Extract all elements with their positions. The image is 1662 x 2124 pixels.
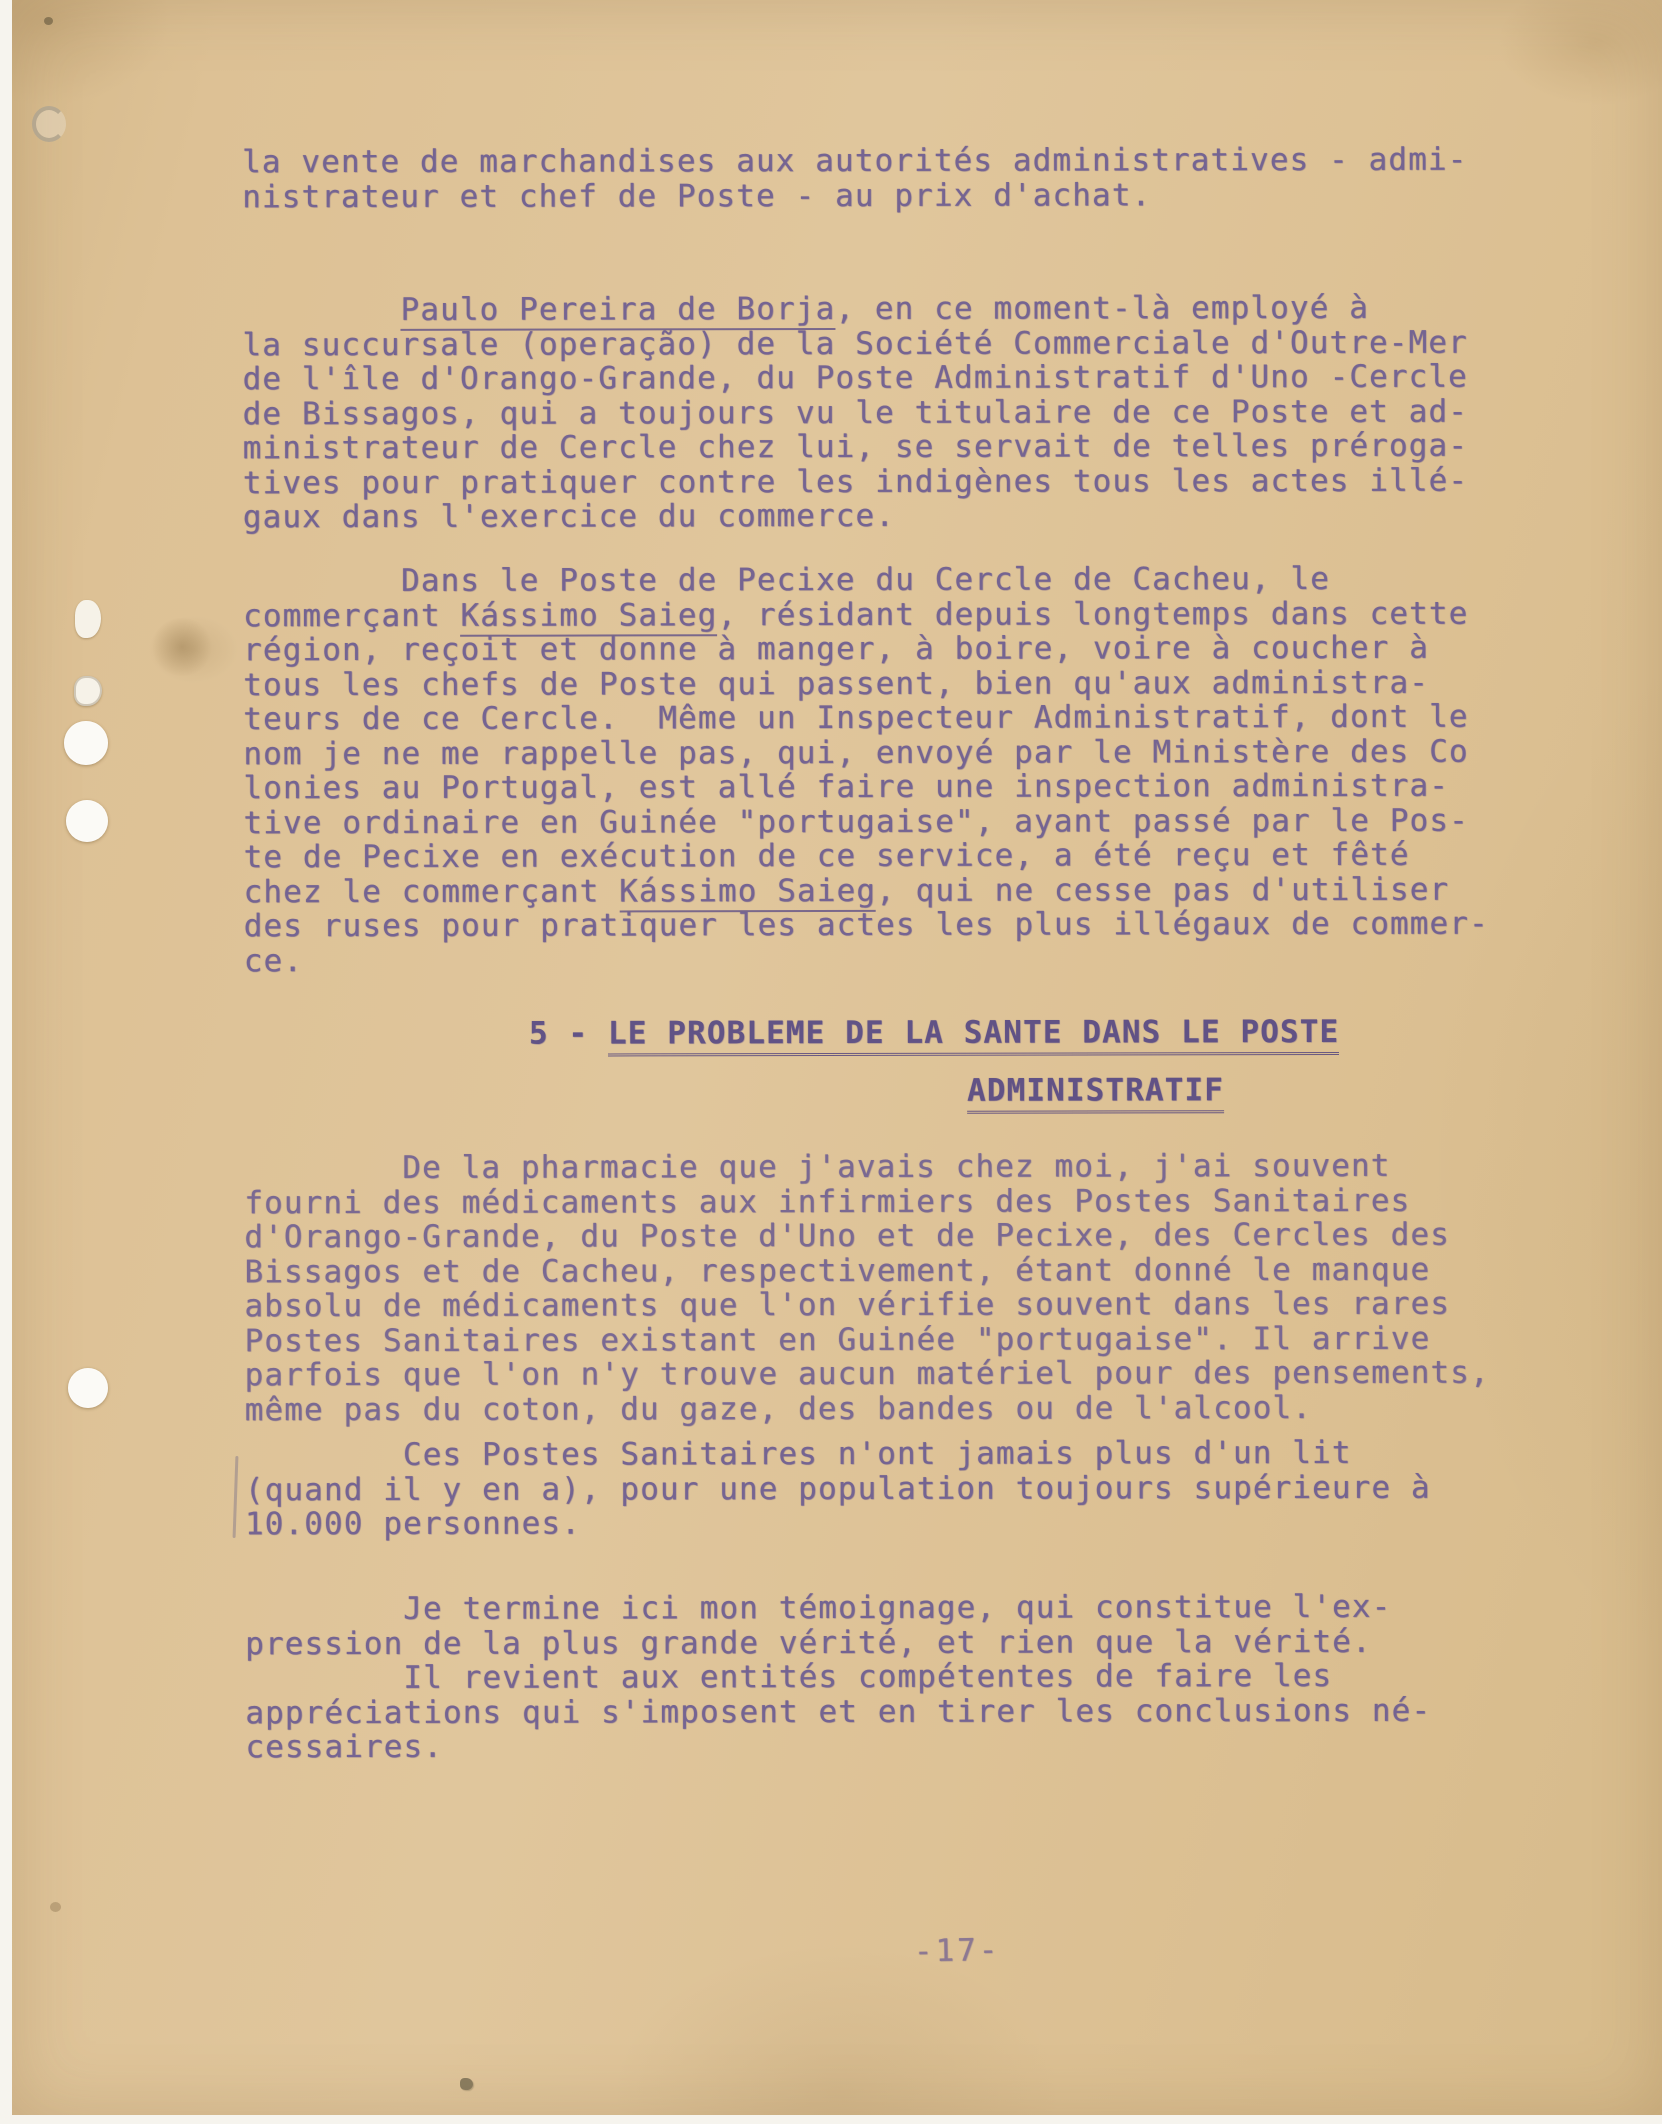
- page-number: -17-: [914, 1933, 1001, 1969]
- scanned-document: la vente de marchandises aux autorités a…: [0, 0, 1662, 2124]
- paper-sheet: la vente de marchandises aux autorités a…: [12, 0, 1662, 2115]
- section-heading-line-1: 5 - LE PROBLEME DE LA SANTE DANS LE POST…: [529, 1015, 1339, 1051]
- paragraph-conclusion: Je termine ici mon témoignage, qui const…: [245, 1590, 1431, 1765]
- paragraph-postes-sanitaires: Ces Postes Sanitaires n'ont jamais plus …: [245, 1436, 1431, 1542]
- section-heading-line-2: ADMINISTRATIF: [967, 1073, 1224, 1108]
- paragraph-pharmacy: De la pharmacie que j'avais chez moi, j'…: [244, 1149, 1490, 1428]
- paragraph-kassimo-saieg: Dans le Poste de Pecixe du Cercle de Cac…: [243, 562, 1489, 979]
- paragraph-paulo-pereira: Paulo Pereira de Borja, en ce moment-là …: [242, 291, 1468, 535]
- paragraph-sale-of-goods: la vente de marchandises aux autorités a…: [242, 143, 1467, 215]
- typewritten-text: la vente de marchandises aux autorités a…: [10, 0, 1662, 2117]
